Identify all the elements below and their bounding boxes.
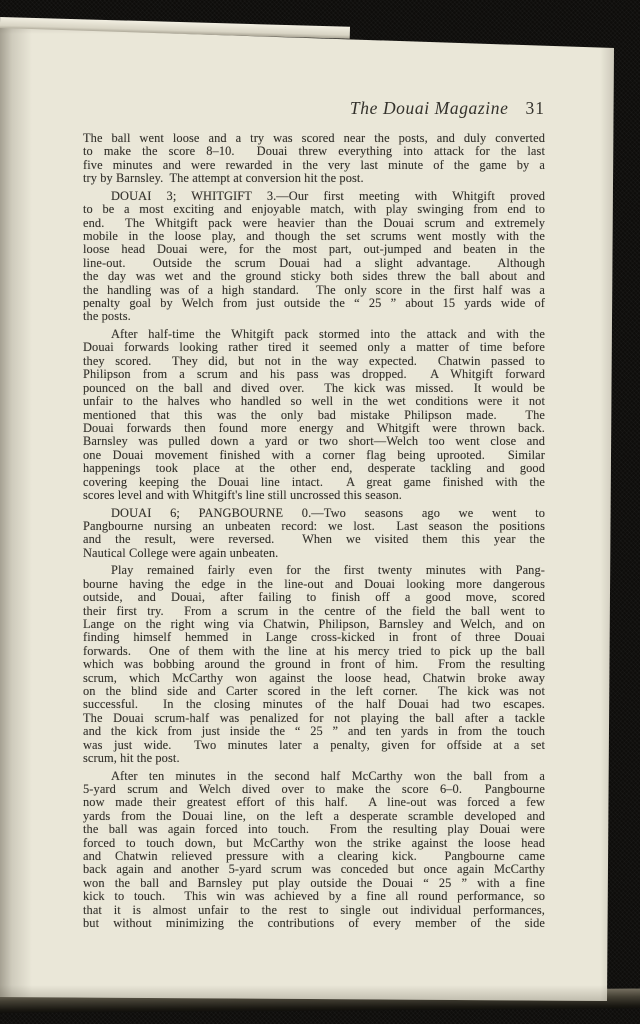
book-photo: The Douai Magazine31 The ball went loose… [0, 0, 640, 1024]
text-line: pounced on the ball and dived over. The … [83, 382, 545, 395]
article-body: The ball went loose and a try was scored… [83, 132, 545, 931]
text-line: end. The Whitgift pack were heavier than… [83, 217, 545, 230]
text-line: scrum, which McCarthy won against the lo… [83, 672, 545, 685]
page-number: 31 [526, 98, 546, 118]
paragraph: DOUAI 3; WHITGIFT 3.—Our first meeting w… [83, 190, 545, 324]
text-line: After half-time the Whitgift pack storme… [83, 328, 545, 341]
text-line: DOUAI 6; PANGBOURNE 0.—Two seasons ago w… [83, 507, 545, 520]
text-line: five minutes and were rewarded in the ve… [83, 159, 545, 172]
text-line: finding himself hemmed in Lange cross-ki… [83, 631, 545, 644]
text-line: to be a most exciting and enjoyable matc… [83, 203, 545, 216]
text-line: but without minimizing the contributions… [83, 917, 545, 930]
text-line: mentioned that this was the only bad mis… [83, 409, 545, 422]
text-line: back again and another 5-yard scrum was … [83, 863, 545, 876]
paragraph: DOUAI 6; PANGBOURNE 0.—Two seasons ago w… [83, 507, 545, 561]
text-line: mobile in the loose play, and though the… [83, 230, 545, 243]
text-line: Nautical College were again unbeaten. [83, 547, 545, 560]
text-line: 5-yard scrum and Welch dived over to mak… [83, 783, 545, 796]
paragraph: After ten minutes in the second half McC… [83, 770, 545, 931]
text-line: and Chatwin relieved pressure with a cle… [83, 850, 545, 863]
text-line: they scored. They did, but not in the wa… [83, 355, 545, 368]
text-line: to make the score 8–10. Douai threw ever… [83, 145, 545, 158]
text-line: their first try. From a scrum in the cen… [83, 605, 545, 618]
text-line: forced to touch down, but McCarthy won t… [83, 837, 545, 850]
text-line: Douai forwards then found more energy an… [83, 422, 545, 435]
text-line: outside, and Douai, after failing to fin… [83, 591, 545, 604]
text-line: try by Barnsley. The attempt at conversi… [83, 172, 545, 185]
page-header: The Douai Magazine31 [83, 99, 545, 118]
text-line: The Douai scrum-half was penalized for n… [83, 712, 545, 725]
text-line: The ball went loose and a try was scored… [83, 132, 545, 145]
text-line: and the result, were reversed. When we v… [83, 533, 545, 546]
text-line: After ten minutes in the second half McC… [83, 770, 545, 783]
text-line: one Douai movement finished with a corne… [83, 449, 545, 462]
text-line: line-out. Outside the scrum Douai had a … [83, 257, 545, 270]
text-line: the ball was again forced into touch. Fr… [83, 823, 545, 836]
text-line: covering keeping the Douai line intact. … [83, 476, 545, 489]
paragraph: The ball went loose and a try was scored… [83, 132, 545, 186]
text-line: Barnsley was pulled down a yard or two s… [83, 435, 545, 448]
text-line: now made their greatest effort of this h… [83, 796, 545, 809]
text-line: Lange on the right wing via Chatwin, Phi… [83, 618, 545, 631]
text-line: penalty goal by Welch from just outside … [83, 297, 545, 310]
text-line: bourne having the edge in the line-out a… [83, 578, 545, 591]
text-line: unfair to the halves who handled so well… [83, 395, 545, 408]
text-line: loose head Douai were, for the most part… [83, 243, 545, 256]
text-line: and the kick from just inside the “ 25 ”… [83, 725, 545, 738]
paragraph: After half-time the Whitgift pack storme… [83, 328, 545, 502]
text-line: happenings took place at the other end, … [83, 462, 545, 475]
text-line: was just wide. Two minutes later a penal… [83, 739, 545, 752]
text-line: Play remained fairly even for the first … [83, 564, 545, 577]
text-line: scrum, hit the post. [83, 752, 545, 765]
text-line: Douai forwards looking rather tired it s… [83, 341, 545, 354]
text-line: DOUAI 3; WHITGIFT 3.—Our first meeting w… [83, 190, 545, 203]
text-line: scores level and with Whitgift's line st… [83, 489, 545, 502]
paragraph: Play remained fairly even for the first … [83, 564, 545, 765]
text-line: won the ball and Barnsley put play outsi… [83, 877, 545, 890]
magazine-page: The Douai Magazine31 The ball went loose… [0, 24, 614, 1001]
text-line: kick to touch. This win was achieved by … [83, 890, 545, 903]
text-line: Philipson from a scrum and his pass was … [83, 368, 545, 381]
text-line: the posts. [83, 310, 545, 323]
text-line: on the blind side and Carter scored in t… [83, 685, 545, 698]
text-line: successful. In the closing minutes of th… [83, 698, 545, 711]
text-line: forwards. One of them with the line at h… [83, 645, 545, 658]
text-line: Pangbourne nursing an unbeaten record: w… [83, 520, 545, 533]
text-line: which was bobbing around the ground in f… [83, 658, 545, 671]
magazine-title: The Douai Magazine [350, 98, 509, 118]
text-line: the handling was of a high standard. The… [83, 284, 545, 297]
text-line: that it is almost unfair to the rest to … [83, 904, 545, 917]
text-line: the day was wet and the ground sticky bo… [83, 270, 545, 283]
text-line: yards from the Douai line, on the left a… [83, 810, 545, 823]
